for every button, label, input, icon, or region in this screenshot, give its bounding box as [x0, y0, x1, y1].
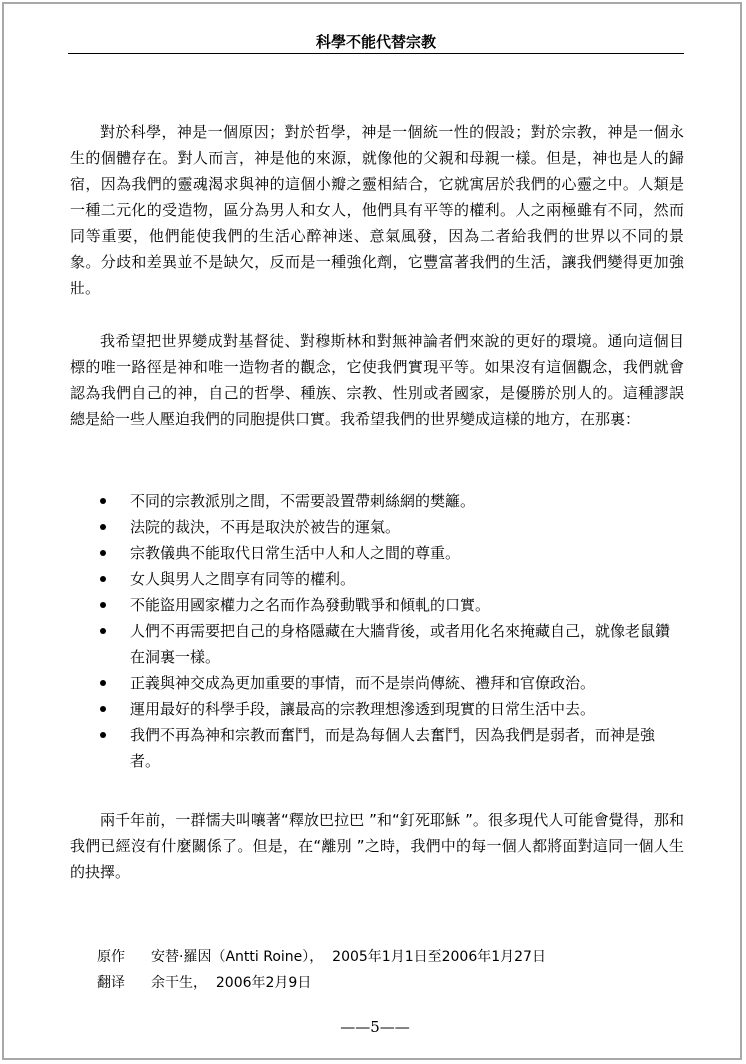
credits: 原作安替·羅因（Antti Roine）， 2005年1月1日至2006年1月2…: [97, 944, 546, 996]
list-item: 宗教儀典不能取代日常生活中人和人之間的尊重。: [70, 540, 684, 566]
list-item: 不能盜用國家權力之名而作為發動戰爭和傾軋的口實。: [70, 592, 684, 618]
bullet-icon: [100, 576, 106, 582]
bullet-icon: [100, 732, 106, 738]
bullet-icon: [100, 524, 106, 530]
author-credit: 原作安替·羅因（Antti Roine）， 2005年1月1日至2006年1月2…: [97, 944, 546, 970]
list-item-text: 正義與神交成為更加重要的事情，而不是崇尚傳統、禮拜和官僚政治。: [130, 674, 595, 692]
wish-list: 不同的宗教派別之間，不需要設置帶刺絲網的樊籬。 法院的裁決，不再是取決於被告的運…: [70, 488, 684, 774]
list-item-text: 女人與男人之間享有同等的權利。: [130, 570, 355, 588]
list-item-text: 不同的宗教派別之間，不需要設置帶刺絲網的樊籬。: [130, 492, 475, 510]
list-item-text: 運用最好的科學手段，讓最高的宗教理想滲透到現實的日常生活中去。: [130, 700, 595, 718]
list-item: 運用最好的科學手段，讓最高的宗教理想滲透到現實的日常生活中去。: [70, 696, 684, 722]
list-item-text: 宗教儀典不能取代日常生活中人和人之間的尊重。: [130, 544, 460, 562]
translator-value: 余干生， 2006年2月9日: [151, 975, 311, 991]
bullet-icon: [100, 498, 106, 504]
list-item: 女人與男人之間享有同等的權利。: [70, 566, 684, 592]
list-item: 我們不再為神和宗教而奮鬥，而是為每個人去奮鬥，因為我們是弱者，而神是強者。: [70, 722, 684, 774]
bullet-icon: [100, 680, 106, 686]
list-item-text: 我們不再為神和宗教而奮鬥，而是為每個人去奮鬥，因為我們是弱者，而神是強者。: [130, 726, 655, 770]
document-page: 科學不能代替宗教 對於科學，神是一個原因；對於哲學，神是一個統一性的假設；對於宗…: [2, 2, 742, 1060]
bullet-icon: [100, 602, 106, 608]
list-item-text: 法院的裁決，不再是取決於被告的運氣。: [130, 518, 400, 536]
bullet-icon: [100, 706, 106, 712]
page-title: 科學不能代替宗教: [316, 33, 436, 51]
list-item: 法院的裁決，不再是取決於被告的運氣。: [70, 514, 684, 540]
list-item: 正義與神交成為更加重要的事情，而不是崇尚傳統、禮拜和官僚政治。: [70, 670, 684, 696]
bullet-icon: [100, 628, 106, 634]
author-value: 安替·羅因（Antti Roine）， 2005年1月1日至2006年1月27日: [151, 949, 546, 965]
page-number: ——5——: [4, 1018, 746, 1036]
page-header: 科學不能代替宗教: [68, 31, 684, 54]
list-item: 不同的宗教派別之間，不需要設置帶刺絲網的樊籬。: [70, 488, 684, 514]
paragraph-2: 我希望把世界變成對基督徒、對穆斯林和對無神論者們來說的更好的環境。通向這個目標的…: [70, 328, 684, 432]
translator-credit: 翻译余干生， 2006年2月9日: [97, 970, 546, 996]
list-item: 人們不再需要把自己的身格隱藏在大牆背後，或者用化名來掩藏自己，就像老鼠鑽在洞裏一…: [70, 618, 684, 670]
list-item-text: 不能盜用國家權力之名而作為發動戰爭和傾軋的口實。: [130, 596, 490, 614]
translator-label: 翻译: [97, 970, 151, 996]
author-label: 原作: [97, 944, 151, 970]
list-item-text: 人們不再需要把自己的身格隱藏在大牆背後，或者用化名來掩藏自己，就像老鼠鑽在洞裏一…: [130, 622, 670, 666]
bullet-icon: [100, 550, 106, 556]
paragraph-1: 對於科學，神是一個原因；對於哲學，神是一個統一性的假設；對於宗教，神是一個永生的…: [70, 119, 684, 301]
paragraph-3: 兩千年前，一群懦夫叫嚷著“釋放巴拉巴 ”和“釘死耶穌 ”。很多現代人可能會覺得，…: [70, 807, 684, 885]
